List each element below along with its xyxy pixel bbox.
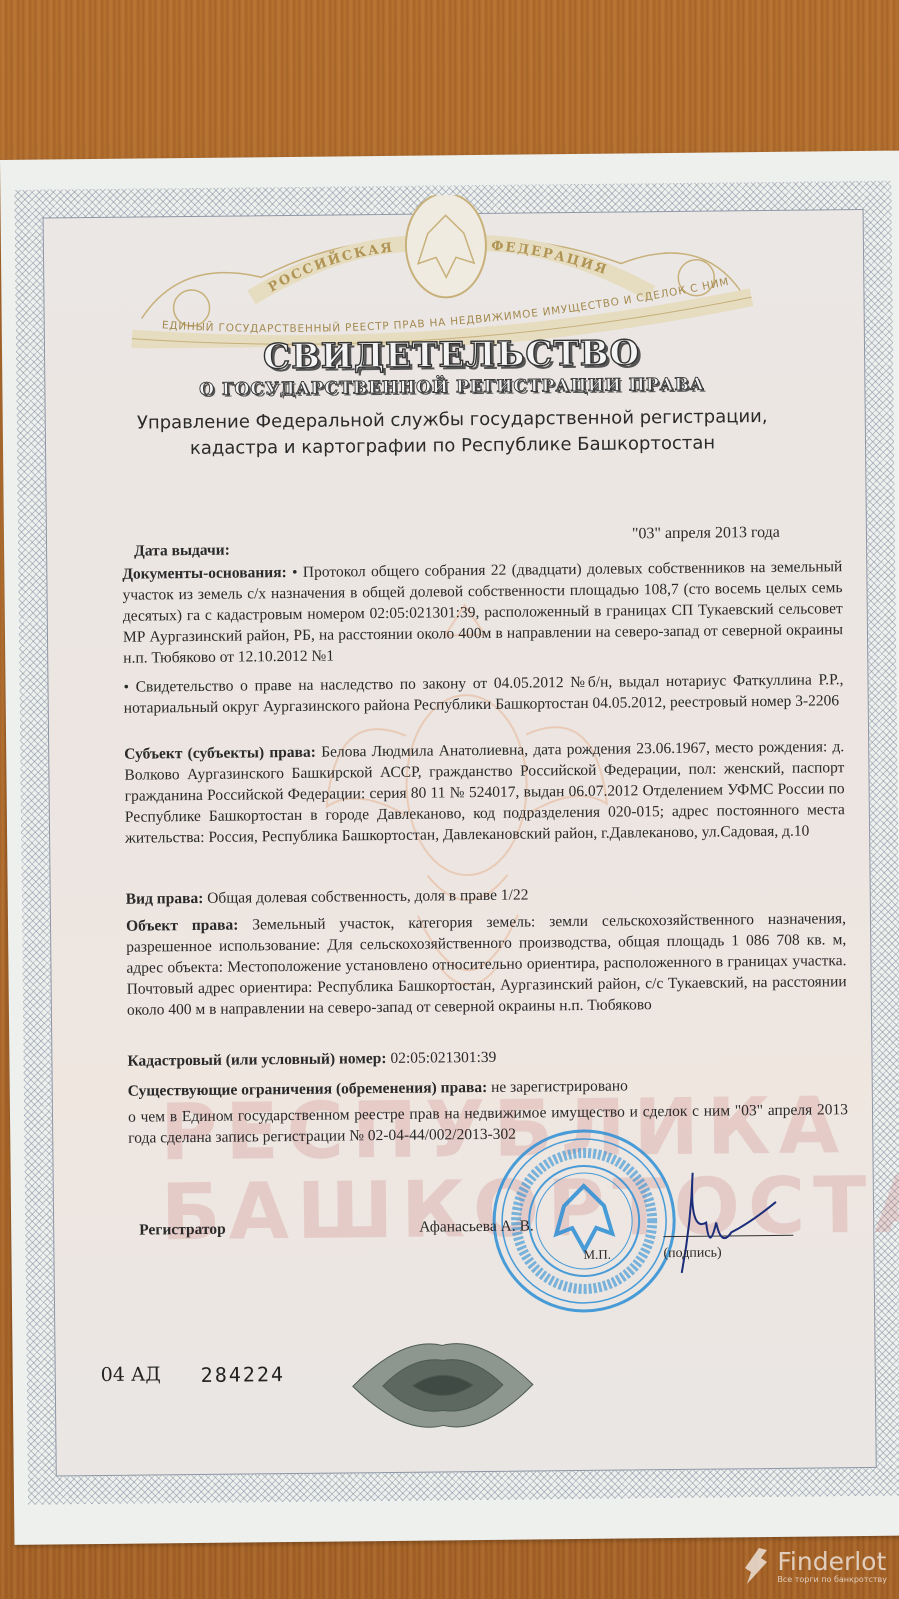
finderlot-logo-icon [741,1546,771,1586]
basis-document-2: • Свидетельство о праве на наследство по… [123,669,843,719]
form-series: 04 АД [101,1363,161,1386]
form-number: 284224 [201,1362,285,1387]
right-type-value: Общая долевая собственность, доля в прав… [207,887,528,907]
certificate-paper: РОССИЙСКАЯ ФЕДЕРАЦИЯ ЕДИНЫЙ ГОСУДАРСТВЕН… [0,151,899,1545]
seal-place-label: М.П. [583,1247,611,1263]
security-rosette-emblem [342,1334,543,1436]
right-object-label: Объект права: [126,917,239,935]
right-subject: Субъект (субъекты) права: Белова Людмила… [124,736,845,849]
basis-documents: Документы-основания: • Протокол общего с… [122,556,843,669]
banner-left-text: РОССИЙСКАЯ [266,240,396,295]
right-type-label: Вид права: [126,890,204,908]
registrar-name: Афанасьева А. В. [419,1217,534,1236]
issuing-agency: Управление Федеральной службы государств… [3,403,899,464]
handwritten-signature [651,1162,782,1283]
issue-date-label: Дата выдачи: [134,542,230,561]
registrar-label: Регистратор [139,1221,226,1240]
right-object: Объект права: Земельный участок, категор… [126,908,847,1021]
cadastral-number-label: Кадастровый (или условный) номер: [127,1050,386,1070]
finderlot-brand: Finderlot [777,1549,887,1575]
svg-text:РОССИЙСКАЯ: РОССИЙСКАЯ [266,240,396,295]
basis-documents-label: Документы-основания: [122,564,287,583]
signature-caption: (подпись) [663,1246,721,1263]
cadastral-number-value: 02:05:021301:39 [390,1049,496,1067]
issue-date: "03" апреля 2013 года [632,524,780,544]
finderlot-watermark: Finderlot Все торги по банкротству [741,1546,887,1586]
encumbrances-value: не зарегистрировано [491,1077,628,1095]
right-subject-label: Субъект (субъекты) права: [124,744,316,763]
gold-eagle-banner-emblem: РОССИЙСКАЯ ФЕДЕРАЦИЯ ЕДИНЫЙ ГОСУДАРСТВЕН… [120,192,762,349]
encumbrances-label: Существующие ограничения (обременения) п… [128,1079,488,1100]
finderlot-tagline: Все торги по банкротству [777,1575,887,1584]
